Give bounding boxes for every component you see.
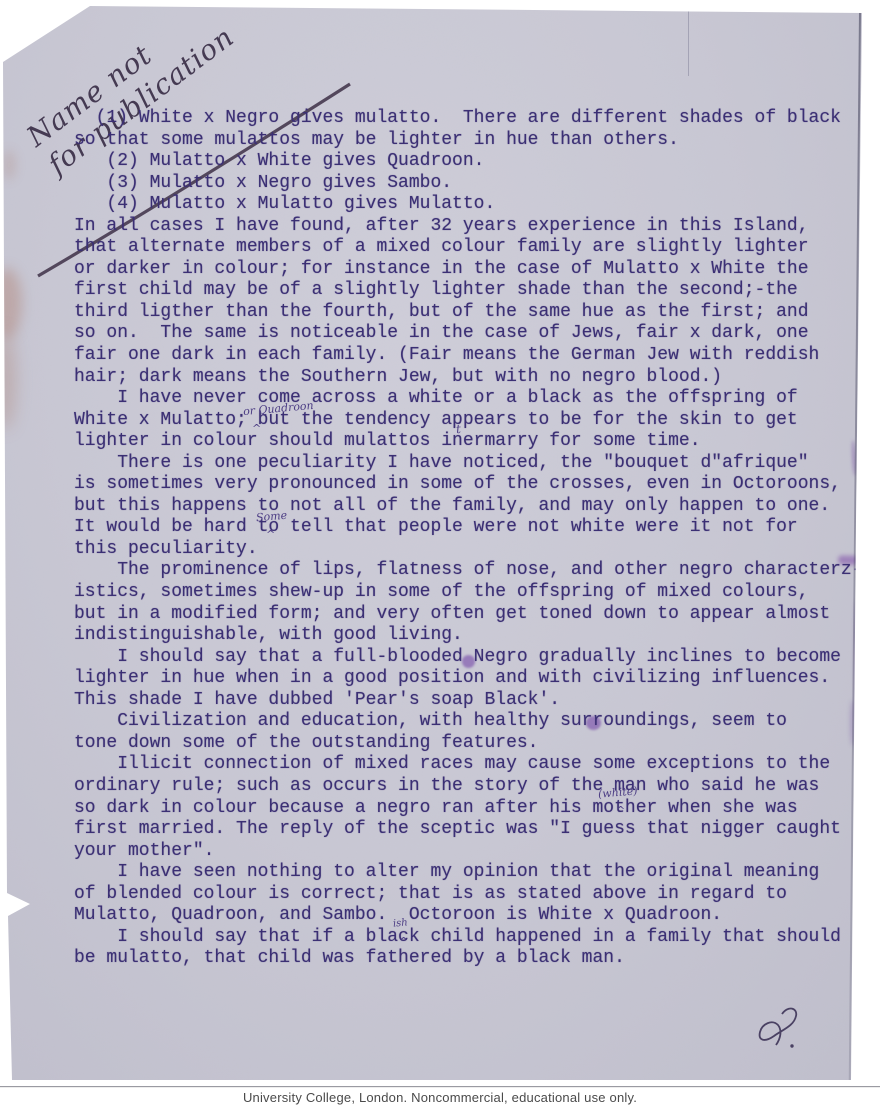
handwritten-annotation: Some [255, 509, 287, 525]
paper-crease [688, 6, 689, 76]
typed-line: I should say that a full-blooded Negro g… [74, 647, 863, 669]
typed-line: I should say that if a black child happe… [74, 927, 863, 949]
typed-line: The prominence of lips, flatness of nose… [74, 560, 863, 582]
typed-line: this peculiarity. [74, 539, 863, 561]
typed-line: be mulatto, that child was fathered by a… [74, 948, 863, 970]
handwritten-annotation: t [455, 422, 461, 436]
typed-line: I have never come across a white or a bl… [74, 388, 863, 410]
typed-line: (3) Mulatto x Negro gives Sambo. [74, 173, 863, 195]
stain-mark [0, 330, 16, 430]
typed-line: but in a modified form; and very often g… [74, 604, 863, 626]
typed-line: (2) Mulatto x White gives Quadroon. [74, 151, 863, 173]
typed-line: of blended colour is correct; that is as… [74, 884, 863, 906]
typed-line: hair; dark means the Southern Jew, but w… [74, 367, 863, 389]
typed-line: tone down some of the outstanding featur… [74, 733, 863, 755]
caret-mark: ^ [266, 529, 275, 540]
typed-line: indistinguishable, with good living. [74, 625, 863, 647]
typed-line: This shade I have dubbed 'Pear's soap Bl… [74, 690, 863, 712]
typed-line: It would be hard to tell that people wer… [74, 517, 863, 539]
caret-mark: ^ [616, 805, 625, 816]
typed-line: your mother". [74, 841, 863, 863]
typed-line: Mulatto, Quadroon, and Sambo. Octoroon i… [74, 905, 863, 927]
typed-line: Illicit connection of mixed races may ca… [74, 754, 863, 776]
signature-initials [748, 1000, 818, 1060]
stain-mark [0, 268, 22, 338]
typed-text: (1) White x Negro gives mulatto. There a… [74, 108, 863, 970]
typed-line: There is one peculiarity I have noticed,… [74, 453, 863, 475]
typed-line: In all cases I have found, after 32 year… [74, 216, 863, 238]
typed-line: so on. The same is noticeable in the cas… [74, 323, 863, 345]
typed-line: third ligther than the fourth, but of th… [74, 302, 863, 324]
typed-line: first married. The reply of the sceptic … [74, 819, 863, 841]
typed-line: that alternate members of a mixed colour… [74, 237, 863, 259]
stain-mark [2, 150, 16, 180]
typed-line: but this happens to not all of the famil… [74, 496, 863, 518]
typed-line: so that some mulattos may be lighter in … [74, 130, 863, 152]
typed-line: (4) Mulatto x Mulatto gives Mulatto. [74, 194, 863, 216]
typed-line: ordinary rule; such as occurs in the sto… [74, 776, 863, 798]
typed-line: lighter in hue when in a good position a… [74, 668, 863, 690]
typed-line: lighter in colour should mulattos inerma… [74, 431, 863, 453]
caret-mark: ^ [399, 936, 408, 947]
footer-credit-text: University College, London. Noncommercia… [0, 1090, 880, 1105]
caret-mark: ^ [252, 423, 261, 434]
typed-line: or darker in colour; for instance in the… [74, 259, 863, 281]
footer-credit-bar: University College, London. Noncommercia… [0, 1080, 880, 1109]
typed-line: so dark in colour because a negro ran af… [74, 798, 863, 820]
typed-line: I have seen nothing to alter my opinion … [74, 862, 863, 884]
typed-line: istics, sometimes shew-up in some of the… [74, 582, 863, 604]
footer-divider-line [0, 1086, 880, 1087]
typed-line: (1) White x Negro gives mulatto. There a… [74, 108, 863, 130]
typed-line: first child may be of a slightly lighter… [74, 280, 863, 302]
typed-line: Civilization and education, with healthy… [74, 711, 863, 733]
handwritten-annotation: ish [393, 917, 409, 929]
typed-line: White x Mulatto; but the tendency appear… [74, 410, 863, 432]
typed-line: fair one dark in each family. (Fair mean… [74, 345, 863, 367]
typed-line: is sometimes very pronounced in some of … [74, 474, 863, 496]
document-page: Name not for publication (1) White x Neg… [0, 0, 880, 1080]
